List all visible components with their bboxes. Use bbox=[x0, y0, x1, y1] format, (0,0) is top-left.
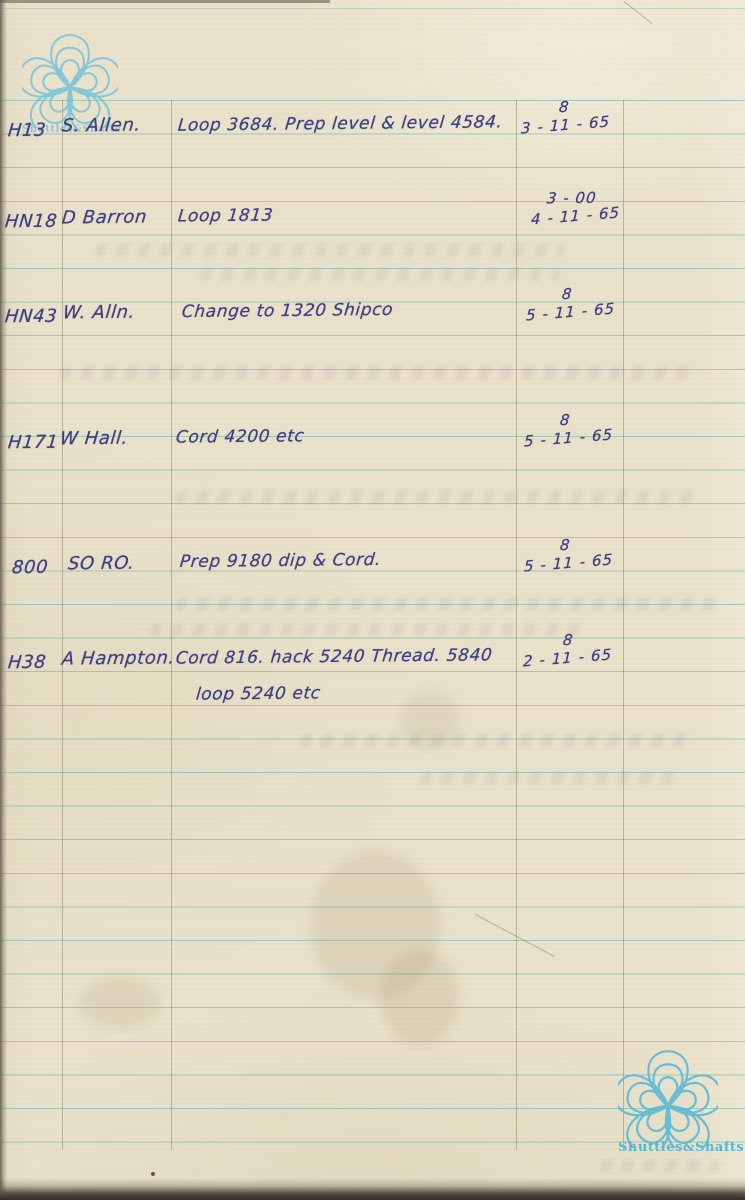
date-cell: 3 - 00 4 - 11 - 65 bbox=[530, 191, 622, 227]
description-cell: Loop 3684. Prep level & level 4584. bbox=[177, 112, 504, 135]
ref-cell: H171 bbox=[7, 432, 59, 454]
bleedthrough-mark bbox=[419, 772, 682, 785]
paper-stain bbox=[80, 975, 160, 1030]
date-main: 5 - 11 - 65 bbox=[524, 424, 614, 451]
name-cell: SO RO. bbox=[67, 553, 136, 575]
description-cell-line2: loop 5240 etc bbox=[195, 683, 322, 704]
ledger-row: H171 W Hall. Cord 4200 etc 8 5 - 11 - 65 bbox=[0, 419, 745, 519]
ref-cell: 800 bbox=[11, 557, 49, 578]
watermark-brand-text: Shuttles&Shafts bbox=[618, 1140, 744, 1155]
ledger-row: H13 S. Allen. Loop 3684. Prep level & le… bbox=[0, 106, 745, 206]
date-cell: 8 2 - 11 - 65 bbox=[522, 633, 614, 669]
page-binding-edge bbox=[0, 0, 7, 1200]
ref-cell: H13 bbox=[7, 120, 47, 141]
date-main: 2 - 11 - 65 bbox=[523, 644, 613, 671]
description-cell: Prep 9180 dip & Cord. bbox=[179, 550, 382, 572]
date-main: 5 - 11 - 65 bbox=[524, 549, 614, 576]
ledger-row: HN18 D Barron Loop 1813 3 - 00 4 - 11 - … bbox=[0, 199, 745, 299]
ledger-row: HN43 W. Alln. Change to 1320 Shipco 8 5 … bbox=[0, 294, 745, 394]
ledger-row: H38 A Hampton. Cord 816. hack 5240 Threa… bbox=[0, 638, 745, 738]
name-cell: W Hall. bbox=[59, 428, 129, 450]
shuttles-shafts-logo-icon bbox=[618, 1048, 718, 1148]
date-cell: 8 5 - 11 - 65 bbox=[523, 538, 615, 574]
date-main: 3 - 11 - 65 bbox=[521, 111, 611, 138]
description-cell: Loop 1813 bbox=[177, 206, 274, 227]
date-cell: 8 3 - 11 - 65 bbox=[520, 100, 612, 136]
description-cell: Change to 1320 Shipco bbox=[181, 300, 394, 322]
description-cell: Cord 816. hack 5240 Thread. 5840 bbox=[175, 645, 493, 668]
ref-cell: H38 bbox=[7, 652, 47, 673]
date-cell: 8 5 - 11 - 65 bbox=[523, 413, 615, 449]
watermark-bottom-right: Shuttles&Shafts bbox=[618, 1048, 744, 1155]
scan-edge-bottom bbox=[0, 1178, 745, 1200]
name-cell: D Barron bbox=[61, 207, 148, 229]
description-cell: Cord 4200 etc bbox=[175, 426, 305, 447]
ref-cell: HN43 bbox=[4, 306, 58, 328]
ink-speck bbox=[151, 1172, 155, 1176]
name-cell: S. Allen. bbox=[61, 115, 142, 137]
name-cell: W. Alln. bbox=[62, 302, 136, 324]
date-cell: 8 5 - 11 - 65 bbox=[525, 287, 617, 323]
name-cell: A Hampton. bbox=[61, 647, 176, 669]
ledger-row: 800 SO RO. Prep 9180 dip & Cord. 8 5 - 1… bbox=[0, 544, 745, 644]
date-main: 5 - 11 - 65 bbox=[526, 298, 616, 325]
paper-stain bbox=[380, 950, 460, 1045]
ref-cell: HN18 bbox=[4, 211, 58, 233]
date-main: 4 - 11 - 65 bbox=[531, 202, 621, 229]
bleedthrough-mark bbox=[599, 1160, 722, 1172]
scan-edge-top bbox=[0, 0, 330, 3]
